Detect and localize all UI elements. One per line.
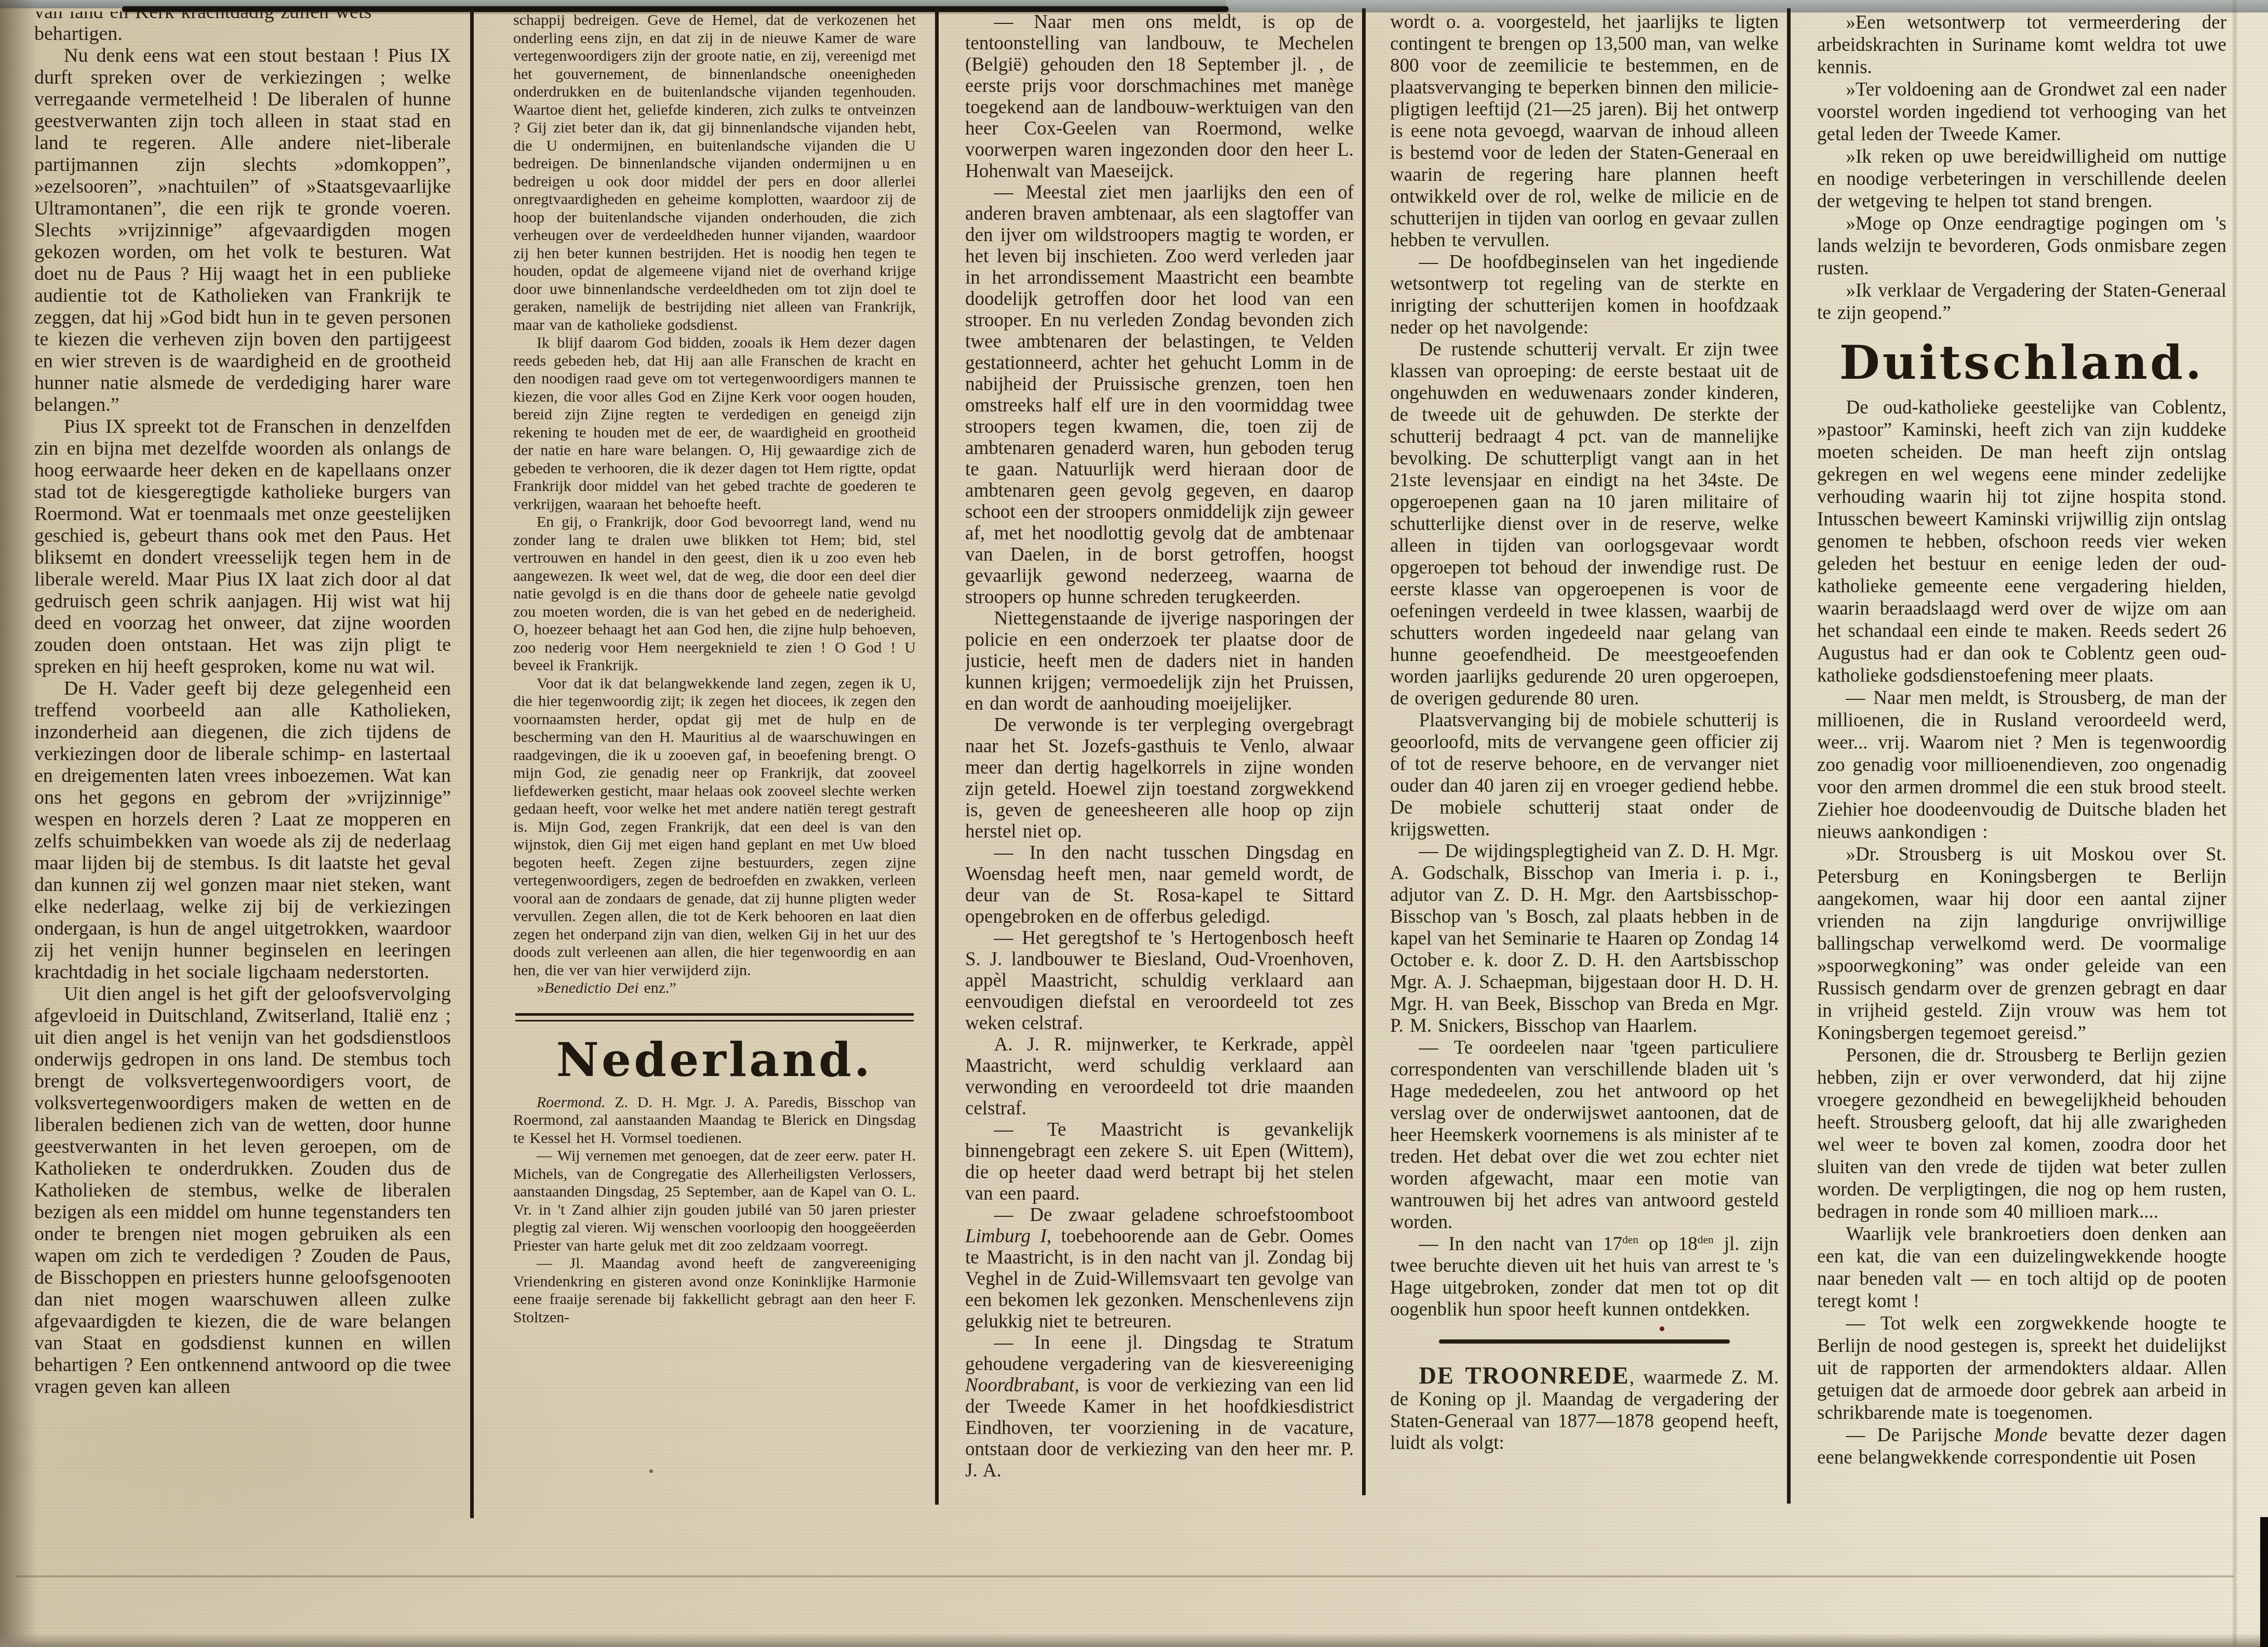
newspaper-scan: van land en Kerk krachtdadig zullen wets… xyxy=(0,0,2268,1647)
paragraph: — Het geregtshof te 's Hertogenbosch hee… xyxy=(965,927,1354,1034)
paragraph: Personen, die dr. Strousberg te Berlijn … xyxy=(1817,1044,2226,1223)
paragraph: — Meestal ziet men jaarlijks den een of … xyxy=(965,182,1354,608)
scanner-edge-top-right xyxy=(1226,0,2268,12)
double-rule xyxy=(515,1013,914,1021)
paragraph: En gij, o Frankrijk, door God bevoorregt… xyxy=(513,513,916,675)
paragraph: Ik blijf daarom God bidden, zooals ik He… xyxy=(513,334,916,513)
paragraph: — Te Maastricht is gevankelijk binnengeb… xyxy=(965,1119,1354,1204)
section-rule xyxy=(1439,1339,1730,1344)
paragraph: — Te oordeelen naar 'tgeen particuliere … xyxy=(1390,1037,1779,1233)
paragraph: »Benedictio Dei enz.” xyxy=(513,979,916,998)
newspaper-column-4: wordt o. a. voorgesteld, het jaarlijks t… xyxy=(1390,11,1779,1529)
paragraph: Plaatsvervanging bij de mobiele schutter… xyxy=(1390,710,1779,841)
paragraph: — In den nacht tusschen Dingsdag en Woen… xyxy=(965,842,1354,927)
paragraph: — De wijdingsplegtigheid van Z. D. H. Mg… xyxy=(1390,841,1779,1037)
paragraph: — De hoofdbeginselen van het ingediende … xyxy=(1390,251,1779,339)
newspaper-column-1: van land en Kerk krachtdadig zullen wets… xyxy=(34,11,451,1549)
column-rule-1 xyxy=(470,8,474,1518)
paragraph: De verwonde is ter verpleging overgebrag… xyxy=(965,714,1354,842)
paragraph: — De zwaar geladene schroefstoomboot Lim… xyxy=(965,1204,1354,1332)
paragraph: »Moge op Onze eendragtige pogingen om 's… xyxy=(1817,212,2226,280)
paragraph: »Ter voldoening aan de Grondwet zal een … xyxy=(1817,78,2226,145)
paragraph: Roermond. Z. D. H. Mgr. J. A. Paredis, B… xyxy=(513,1094,916,1148)
paragraph: van land en Kerk krachtdadig zullen wets xyxy=(34,11,451,23)
paragraph: — In eene jl. Dingsdag te Stratum gehoud… xyxy=(965,1332,1354,1481)
column-rule-3 xyxy=(1362,8,1366,1495)
paragraph: Waarlijk vele brankroetiers doen denken … xyxy=(1817,1223,2226,1312)
left-gutter-shadow xyxy=(0,0,37,1647)
newspaper-column-5: »Een wetsontwerp tot vermeerdering der a… xyxy=(1817,11,2226,1539)
paragraph: behartigen. xyxy=(34,23,451,45)
paragraph: »Een wetsontwerp tot vermeerdering der a… xyxy=(1817,11,2226,78)
paper-speck xyxy=(1660,1326,1664,1331)
paragraph: Nu denk eens wat een stout bestaan ! Piu… xyxy=(34,45,451,416)
paragraph: A. J. R. mijnwerker, te Kerkrade, appèl … xyxy=(965,1034,1354,1119)
scan-corner-shadow xyxy=(2260,1517,2268,1647)
paragraph: — Tot welk een zorgwekkende hoogte te Be… xyxy=(1817,1312,2226,1424)
section-header: Duitschland. xyxy=(1817,338,2226,388)
page-bottom-edge xyxy=(0,1633,2268,1647)
paragraph: — Jl. Maandag avond heeft de zangvereeni… xyxy=(513,1255,916,1326)
paragraph: »Dr. Strousberg is uit Moskou over St. P… xyxy=(1817,843,2226,1044)
paragraph: — Wij vernemen met genoegen, dat de zeer… xyxy=(513,1147,916,1255)
paragraph: De H. Vader geeft bij deze gelegenheid e… xyxy=(34,678,451,983)
paragraph: De rustende schutterij vervalt. Er zijn … xyxy=(1390,339,1779,710)
paragraph: Niettegenstaande de ijverige nasporingen… xyxy=(965,608,1354,714)
paragraph: — Naar men ons meldt, is op de tentoonst… xyxy=(965,11,1354,182)
section-header: Nederland. xyxy=(513,1035,916,1085)
paragraph: »Ik reken op uwe bereidwilligheid om nut… xyxy=(1817,145,2226,212)
page-right-edge xyxy=(2233,0,2237,1647)
paragraph: »Ik verklaar de Vergadering der Staten-G… xyxy=(1817,280,2226,324)
paragraph: Pius IX spreekt tot de Franschen in denz… xyxy=(34,416,451,678)
paragraph: Voor dat ik dat belangwekkende land zege… xyxy=(513,675,916,980)
paragraph: De oud-katholieke geestelijke van Coblen… xyxy=(1817,396,2226,687)
paragraph: — Naar men meldt, is Strousberg, de man … xyxy=(1817,687,2226,843)
newspaper-column-3: — Naar men ons meldt, is op de tentoonst… xyxy=(965,11,1354,1523)
newspaper-column-2: schappij bedreigen. Geve de Hemel, dat d… xyxy=(513,11,916,1425)
paragraph: DE TROONREDE, waarmede Z. M. de Koning o… xyxy=(1390,1364,1779,1454)
paper-fold-line xyxy=(16,1575,2234,1577)
column-rule-2 xyxy=(935,8,939,1505)
paragraph: Uit dien angel is het gift der geloofsve… xyxy=(34,983,451,1398)
paragraph: — In den nacht van 17den op 18den jl. zi… xyxy=(1390,1233,1779,1321)
paragraph: wordt o. a. voorgesteld, het jaarlijks t… xyxy=(1390,11,1779,251)
paper-speck xyxy=(649,1469,653,1473)
column-rule-4 xyxy=(1787,8,1791,1504)
paragraph: schappij bedreigen. Geve de Hemel, dat d… xyxy=(513,11,916,334)
paragraph: — De Parijsche Monde bevatte dezer dagen… xyxy=(1817,1424,2226,1469)
